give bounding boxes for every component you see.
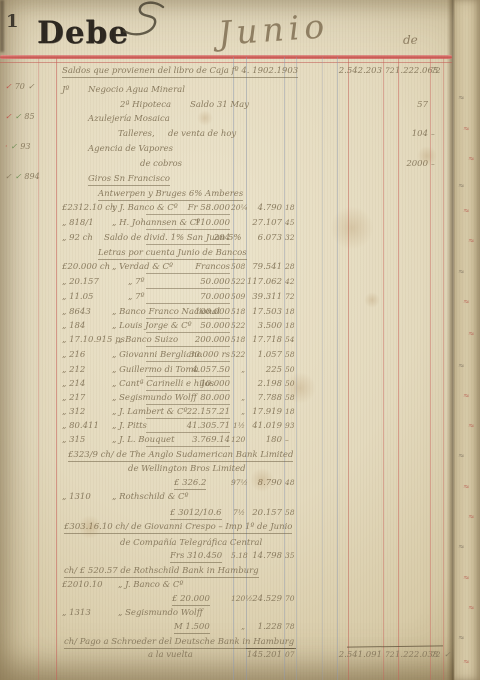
ledger-row: ch/ Pago a Schroeder del Deutsche Bank i… — [0, 637, 480, 651]
ledger-row: Antwerpen y Bruges 6% Amberes — [0, 189, 480, 203]
entry-ref: £2010.10 — [62, 580, 103, 590]
entry-rate: 508 — [231, 262, 245, 272]
edge-scribble: ≈ — [462, 482, 470, 492]
entry-amt: 80.000 — [146, 393, 230, 405]
ledger-row: „ 312„ J. Lambert & Cº22.157.21„17.91918 — [0, 407, 480, 421]
ledger-row: £ 3012/10.67½20.15758 — [0, 508, 480, 522]
ledger-row: £ 326.297½8.79048 — [0, 478, 480, 492]
entry-rate: 20¼ — [231, 203, 245, 213]
edge-scribble: ≈ — [457, 181, 465, 191]
entry-cB: 72 — [431, 650, 442, 660]
entry-v1: 39.311 — [244, 292, 282, 302]
entry-desc: £ 326.2 — [174, 478, 206, 490]
entry-amt: 3.769.14 — [146, 435, 230, 447]
entry-amt: 110.000 — [146, 218, 230, 230]
entry-desc: Negocio Agua Mineral — [88, 85, 185, 95]
entry-rate: 5.18 — [231, 551, 245, 561]
ledger-row: ch/ £ 520.57 de Rothschild Bank in Hambu… — [0, 566, 480, 580]
ledger-row: Giros Sn Francisco — [0, 174, 480, 188]
entry-c1: 28 — [285, 262, 296, 272]
entry-ref: „ 80.411 — [62, 421, 99, 431]
month-de-label: de — [403, 33, 418, 47]
entry-desc: „ 7º — [128, 277, 145, 287]
entry-desc: £ 3012/10.6 — [170, 508, 222, 520]
entry-v1: 79.541 — [244, 262, 282, 272]
header-rule-primary — [0, 55, 452, 59]
entry-rate: 518 — [231, 307, 245, 317]
entry-ref: „ 17.10.915 ps — [62, 335, 125, 345]
entry-v1: 17.718 — [244, 335, 282, 345]
entry-v1: 145.201 — [244, 650, 282, 660]
entry-ref: £2312.10 ch — [62, 203, 116, 213]
entry-vB: 57 — [395, 100, 428, 110]
entry-amt: Francos — [146, 262, 230, 274]
entry-amt: 30.000 rs — [146, 350, 230, 362]
edge-scribble: ≈ — [467, 421, 475, 431]
entry-v1: 3.500 — [244, 321, 282, 331]
entry-note: de venta de hoy — [168, 129, 236, 139]
entry-ref: „ 217 — [62, 393, 85, 403]
edge-scribble: ≈ — [467, 236, 475, 246]
edge-scribble: ≈ — [457, 451, 465, 461]
entry-amt: 100.000 — [146, 307, 230, 319]
ledger-row: „ 11.05„ 7º70.00050939.31172 — [0, 292, 480, 306]
ledger-row: „ 1313„ Segismundo Wolff — [0, 608, 480, 622]
entry-desc: £ 20.000 — [172, 594, 210, 606]
entry-desc: „ J. Pitts — [112, 421, 147, 431]
entry-c1: 18 — [285, 407, 296, 417]
entry-c1: 58 — [285, 393, 296, 403]
ledger-row: „ 1310„ Rothschild & Cº — [0, 492, 480, 506]
ledger-row: de Compañía Telegráfica Central — [0, 538, 480, 552]
entry-desc: „ Rothschild & Cº — [112, 492, 188, 502]
edge-scribble: ≈ — [457, 93, 465, 103]
ledger-row: „ 217„ Segismundo Wolff80.000„7.78858 — [0, 393, 480, 407]
entry-rate: „ — [231, 365, 245, 375]
entry-rate: 522 — [231, 277, 245, 287]
ledger-page: 1 Debe Junio de ✓70✓✓✓85·✓93✓✓894 Saldos… — [0, 0, 480, 680]
edge-scribble: ≈ — [457, 542, 465, 552]
entry-v1: 24.529 — [244, 594, 282, 604]
entry-desc: Saldos que provienen del libro de Caja f… — [62, 66, 298, 78]
entry-ref: „ 20.157 — [62, 277, 99, 287]
entry-v1: 20.157 — [244, 508, 282, 518]
entry-desc: „ Segismundo Wolff — [118, 608, 203, 618]
entry-cB: – — [431, 129, 442, 139]
entry-desc: £303.16.10 ch/ de Giovanni Crespo – Imp … — [64, 522, 292, 534]
entry-rate: 1½ — [231, 421, 245, 431]
header-rule-secondary — [0, 62, 452, 63]
entry-v1: 27.107 — [244, 218, 282, 228]
ledger-row: de Wellington Bros Limited — [0, 464, 480, 478]
entry-desc: „ 7º — [128, 292, 145, 302]
entry-c1: 93 — [285, 421, 296, 431]
edge-scribble: ≈ — [462, 206, 470, 216]
entry-c1: 18 — [285, 203, 296, 213]
entry-c1: 58 — [285, 350, 296, 360]
ledger-row: £ 20.000120½24.52970 — [0, 594, 480, 608]
entry-desc: Talleres, — [118, 129, 155, 139]
entry-v1: 225 — [244, 365, 282, 375]
entry-c1: 35 — [285, 551, 296, 561]
edge-scribble: ≈ — [457, 361, 465, 371]
ledger-row: JºNegocio Agua Mineral — [0, 85, 480, 99]
ledger-row: Letras por cuenta Junio de Bancos — [0, 248, 480, 262]
entry-vA: 2.541.091 — [326, 650, 382, 660]
entry-amt: 4.057.50 — [146, 365, 230, 377]
entry-ref: „ 216 — [62, 350, 85, 360]
entry-desc: a la vuelta — [148, 650, 193, 660]
entry-c1: – — [285, 435, 296, 445]
entry-v1: 41.019 — [244, 421, 282, 431]
entry-ref: „ 11.05 — [62, 292, 93, 302]
ledger-row: „ 818/1„ H. Johannsen & Cº110.00027.1074… — [0, 218, 480, 232]
entry-note: Saldo 31 May — [190, 100, 249, 110]
entry-v1: 14.798 — [244, 551, 282, 561]
ledger-row: „ 212„ Guillermo di Toma4.057.50„22550 — [0, 365, 480, 379]
entry-desc: 2ª Hipoteca — [120, 100, 171, 110]
entry-c1: 45 — [285, 218, 296, 228]
ledger-row: „ 17.10.915 ps„ Banco Suizo200.00051817.… — [0, 335, 480, 349]
entry-rate: „ — [231, 407, 245, 417]
entry-c1: 78 — [285, 622, 296, 632]
entry-vB: 2000 — [395, 159, 428, 169]
entry-v1: 2.198 — [244, 379, 282, 389]
entry-ref: „ 92 ch — [62, 233, 93, 243]
corner-smudge — [0, 0, 4, 52]
ledger-row: „ 216„ Giovanni Bergliano30.000 rs5221.0… — [0, 350, 480, 364]
edge-scribble: ≈ — [462, 657, 470, 667]
entry-vB: 1.222.065 — [395, 66, 428, 76]
entry-amt: 204 — [146, 233, 230, 245]
entry-desc: Azulejería Mosaica — [88, 114, 170, 124]
entry-desc: Giros Sn Francisco — [88, 174, 170, 186]
entry-desc: de Compañía Telegráfica Central — [120, 538, 262, 548]
entry-ref: £20.000 ch — [62, 262, 110, 272]
entry-desc: Frs 310.450 — [170, 551, 222, 563]
edge-scribble: ≈ — [467, 603, 475, 613]
entry-v1: 1.057 — [244, 350, 282, 360]
entry-c1: 18 — [285, 321, 296, 331]
edge-scribble: ≈ — [457, 633, 465, 643]
ledger-row: de cobros2000– — [0, 159, 480, 173]
entry-ref: Jº — [62, 85, 69, 95]
entry-desc: M 1.500 — [174, 622, 210, 634]
entry-amt: 22.157.21 — [146, 407, 230, 419]
entry-desc: Antwerpen y Bruges 6% Amberes — [98, 189, 243, 201]
edge-scribble: ≈ — [462, 297, 470, 307]
entry-c1: 18 — [285, 307, 296, 317]
entry-desc: Agencia de Vapores — [88, 144, 173, 154]
entry-rate: 522 — [231, 350, 245, 360]
ledger-row: 2ª HipotecaSaldo 31 May57 — [0, 100, 480, 114]
entry-amt: 200.000 — [146, 335, 230, 347]
edge-scribble: ≈ — [467, 154, 475, 164]
entry-rate: 522 — [231, 321, 245, 331]
ledger-row: „ 214„ Cantª Carinelli e hijos10.0002.19… — [0, 379, 480, 393]
entry-ref: „ 1310 — [62, 492, 91, 502]
entry-chk: ✓ — [444, 650, 451, 660]
entry-c1: 42 — [285, 277, 296, 287]
entry-desc: Letras por cuenta Junio de Bancos — [98, 248, 247, 260]
edge-scribble: ≈ — [462, 573, 470, 583]
entry-ref: „ 315 — [62, 435, 85, 445]
entry-v1: 17.919 — [244, 407, 282, 417]
edge-scribble: ≈ — [457, 267, 465, 277]
entry-desc: ch/ £ 520.57 de Rothschild Bank in Hambu… — [64, 566, 259, 578]
ledger-row: „ 20.157„ 7º50.000522117.06242 — [0, 277, 480, 291]
ledger-row: £20.000 ch„ Verdad & CºFrancos50879.5412… — [0, 262, 480, 276]
entry-c1: 32 — [285, 233, 296, 243]
ledger-row: Agencia de Vapores — [0, 144, 480, 158]
ledger-row: M 1.500„1.22878 — [0, 622, 480, 636]
entry-rate: 97½ — [231, 478, 245, 488]
entry-vA: 2.542.203 — [326, 66, 382, 76]
entry-rate: „ — [231, 393, 245, 403]
ink-flourish-mark — [116, 1, 170, 45]
entry-v1: 6.073 — [244, 233, 282, 243]
entry-ref: „ 818/1 — [62, 218, 94, 228]
entry-c1: 58 — [285, 508, 296, 518]
page-number: 1 — [6, 11, 19, 32]
entry-c1: 07 — [285, 650, 296, 660]
entry-c1: 50 — [285, 365, 296, 375]
entry-amt: Fr 58.000 — [146, 203, 230, 215]
entry-c1: 48 — [285, 478, 296, 488]
ledger-row: „ 80.411„ J. Pitts41.305.711½41.01993 — [0, 421, 480, 435]
ledger-row: „ 315„ J. L. Bouquet3.769.14120180– — [0, 435, 480, 449]
ledger-row: Saldos que provienen del libro de Caja f… — [0, 66, 480, 80]
entry-desc: „ J. Banco & Cº — [118, 580, 183, 590]
entry-c1: 70 — [285, 594, 296, 604]
entry-ref: „ 214 — [62, 379, 85, 389]
entry-cB: – — [431, 159, 442, 169]
entry-vB: 1.222.038 — [395, 650, 428, 660]
entry-amt: 10.000 — [146, 379, 230, 391]
ledger-row: Frs 310.4505.1814.79835 — [0, 551, 480, 565]
entry-ref: „ 212 — [62, 365, 85, 375]
ledger-row: a la vuelta145.201072.541.091721.222.038… — [0, 650, 480, 664]
entry-v1: 4.790 — [244, 203, 282, 213]
entry-amt: 50.000 — [146, 277, 230, 289]
total-rule-left — [246, 648, 296, 649]
edge-scribble: ≈ — [462, 391, 470, 401]
edge-scribble: ≈ — [462, 124, 470, 134]
ledger-row: Talleres,de venta de hoy104– — [0, 129, 480, 143]
entry-c1: 72 — [285, 292, 296, 302]
entry-v1: 17.503 — [244, 307, 282, 317]
entry-rate: 120½ — [231, 594, 245, 604]
entry-c1: 50 — [285, 379, 296, 389]
entry-ref: „ 8643 — [62, 307, 91, 317]
entry-v1: 7.788 — [244, 393, 282, 403]
edge-scribble: ≈ — [467, 329, 475, 339]
ledger-row: „ 184„ Louis Jorge & Cº50.0005223.50018 — [0, 321, 480, 335]
entry-ref: „ 184 — [62, 321, 85, 331]
entry-amt: 50.000 — [146, 321, 230, 333]
ledger-row: £303.16.10 ch/ de Giovanni Crespo – Imp … — [0, 522, 480, 536]
entry-rate: 509 — [231, 292, 245, 302]
ledger-row: £2312.10 chy J. Banco & CºFr 58.00020¼4.… — [0, 203, 480, 217]
edge-scribble: ≈ — [467, 512, 475, 522]
entry-v1: 8.790 — [244, 478, 282, 488]
entry-cB: 72 — [431, 66, 442, 76]
entry-rate: 120 — [231, 435, 245, 445]
ledger-row: „ 92 chSaldo de divid. 1% San Juan 5%204… — [0, 233, 480, 247]
entry-amt: 70.000 — [146, 292, 230, 304]
entry-desc: £323/9 ch/ de The Anglo Sudamerican Bank… — [68, 450, 293, 462]
entry-amt: 41.305.71 — [146, 421, 230, 433]
entry-vB: 104 — [395, 129, 428, 139]
ledger-row: £2010.10„ J. Banco & Cº — [0, 580, 480, 594]
ledger-row: £323/9 ch/ de The Anglo Sudamerican Bank… — [0, 450, 480, 464]
entry-ref: „ 312 — [62, 407, 85, 417]
month-title: Junio — [217, 6, 331, 53]
entry-c1: 54 — [285, 335, 296, 345]
entry-desc: de cobros — [140, 159, 182, 169]
ledger-row: Azulejería Mosaica — [0, 114, 480, 128]
entry-desc: de Wellington Bros Limited — [128, 464, 246, 474]
entry-rate: 518 — [231, 335, 245, 345]
ledger-row: „ 8643„ Banco Franco Nacional100.0005181… — [0, 307, 480, 321]
entry-v1: 1.228 — [244, 622, 282, 632]
entry-rate: 7½ — [231, 508, 245, 518]
entry-rate: „ — [231, 622, 245, 632]
entry-ref: „ 1313 — [62, 608, 91, 618]
entry-v1: 180 — [244, 435, 282, 445]
entry-v1: 117.062 — [244, 277, 282, 287]
